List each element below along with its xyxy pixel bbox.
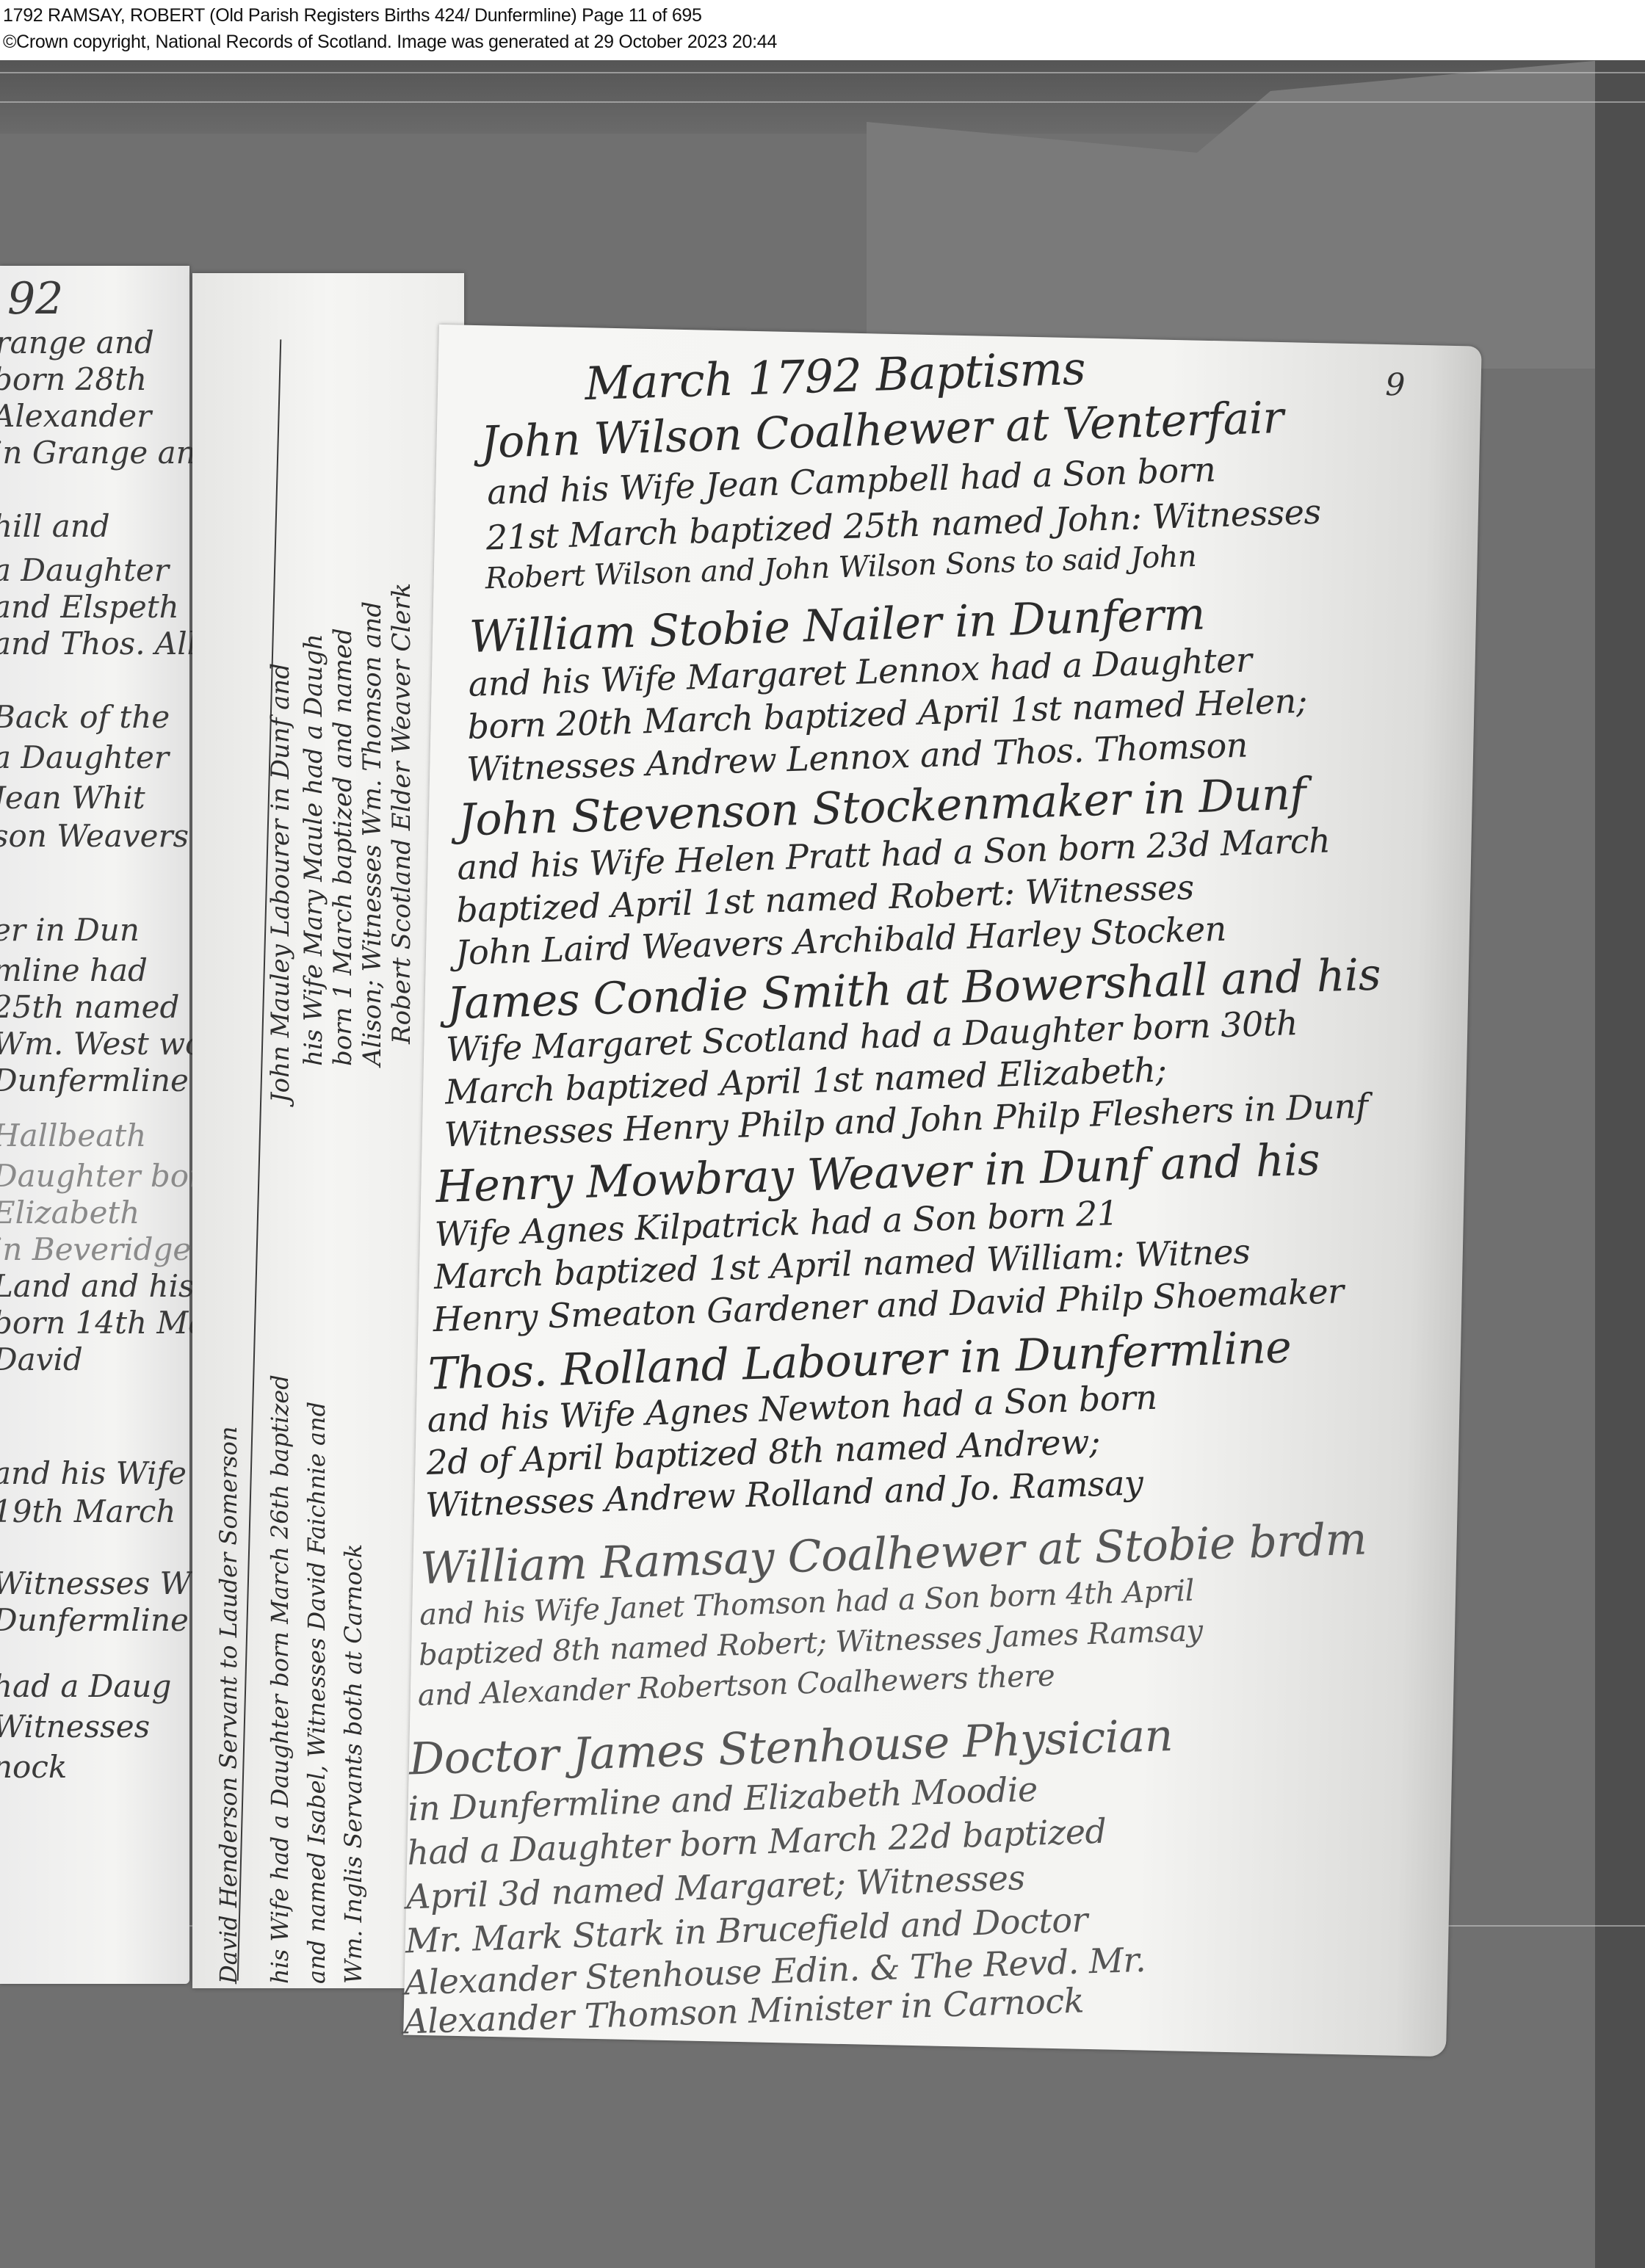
scan-right-edge	[1595, 60, 1645, 2268]
handwritten-line: hill and	[0, 508, 110, 544]
handwritten-line: in Grange and	[0, 435, 216, 471]
handwritten-line: a Daughter	[0, 739, 169, 775]
handwritten-line: 19th March	[0, 1493, 176, 1529]
handwritten-line: Dunfermline	[0, 1602, 189, 1638]
left-page-fragment: 92 Grange and born 28th Alexander in Gra…	[0, 266, 189, 1984]
scan-artifact-line	[0, 72, 1645, 73]
handwritten-line: 25th named	[0, 989, 179, 1025]
handwritten-line: Daughter born	[0, 1158, 223, 1194]
handwritten-line: Jean Whit	[0, 780, 145, 816]
handwritten-line: Alexander	[0, 398, 151, 434]
vertical-handwritten-line: Wm. Inglis Servants both at Carnock	[339, 1544, 367, 1984]
entry-line: Doctor James Stenhouse Physician	[408, 1710, 1174, 1786]
handwritten-line: nock	[0, 1749, 67, 1785]
handwritten-line: son Weavers	[0, 818, 189, 854]
record-title: 1792 RAMSAY, ROBERT (Old Parish Register…	[3, 4, 702, 26]
handwritten-line: had a Daug	[0, 1668, 171, 1704]
handwritten-line: a Daughter	[0, 552, 169, 588]
handwritten-line: Hallbeath	[0, 1117, 146, 1153]
vertical-handwritten-line: Robert Scotland Elder Weaver Clerk	[387, 583, 416, 1044]
scan-artifact-line	[0, 101, 1645, 103]
handwritten-line: Grange and	[0, 325, 154, 361]
handwritten-line: Witnesses	[0, 1709, 150, 1745]
record-header: 1792 RAMSAY, ROBERT (Old Parish Register…	[0, 0, 1645, 60]
vertical-handwritten-line: born 1 March baptized and named	[328, 628, 358, 1066]
vertical-handwritten-line: and named Isabel, Witnesses David Faichn…	[303, 1402, 330, 1984]
folio-number: 9	[1385, 366, 1406, 403]
handwritten-line: er in Dun	[0, 912, 140, 948]
entry-line-ramsay: William Ramsay Coalhewer at Stobie brdm	[419, 1513, 1367, 1594]
handwritten-line: and Elspeth	[0, 589, 179, 625]
handwritten-line: born 28th	[0, 361, 147, 397]
handwritten-line: in Beveridge	[0, 1231, 191, 1267]
vertical-handwritten-line: David Henderson Servant to Lauder Somers…	[214, 1427, 242, 1984]
vertical-handwritten-line: his Wife Mary Maule had a Daugh	[299, 634, 328, 1066]
vertical-handwritten-line: his Wife had a Daughter born March 26th …	[266, 1374, 294, 1984]
handwritten-line: mline had	[0, 952, 148, 988]
vertical-handwritten-line: Alison; Witnesses Wm. Thomson and	[358, 601, 387, 1066]
main-register-page: 9 March 1792 Baptisms John Wilson Coalhe…	[403, 325, 1481, 2057]
handwritten-line: Back of the	[0, 699, 170, 735]
copyright-notice: ©Crown copyright, National Records of Sc…	[3, 31, 777, 53]
handwritten-line: Dunfermline	[0, 1062, 189, 1098]
handwritten-line: 92	[7, 273, 63, 325]
register-scan-image: 92 Grange and born 28th Alexander in Gra…	[0, 60, 1645, 2268]
handwritten-line: Elizabeth	[0, 1195, 140, 1231]
handwritten-line: David	[0, 1341, 83, 1377]
handwritten-line: and his Wife	[0, 1455, 187, 1491]
vertical-handwritten-line: John Mauley Labourer in Dunf and	[266, 663, 295, 1103]
